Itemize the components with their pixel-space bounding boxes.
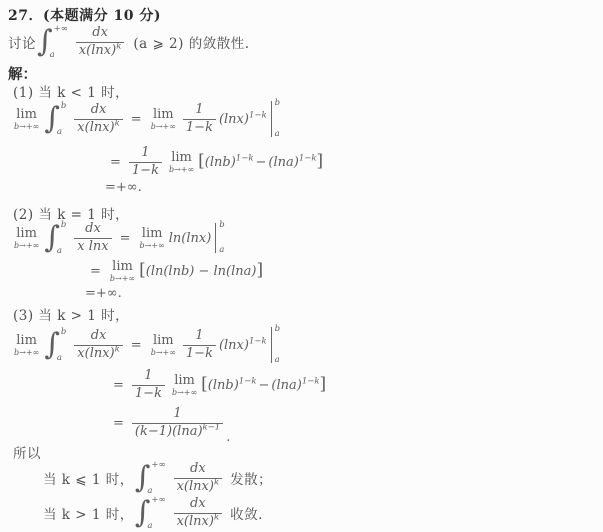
problem-suffix: (a ⩾ 2) 的敛散性. — [133, 32, 249, 52]
fraction-denominator: 1−k — [183, 119, 216, 136]
equals-sign: = — [131, 112, 142, 127]
expression-base: (lnx) — [219, 112, 249, 127]
period: . — [226, 430, 230, 445]
expression-exponent: 1−k — [249, 110, 267, 120]
limit-word: lim — [16, 227, 37, 240]
case3-equation-line2: = 1 1−k lim b→+∞ [ (lnb)1−k − (lna)1−k ] — [108, 364, 326, 406]
limit-word: lim — [153, 334, 174, 347]
integral: ∫ +∞ a — [135, 461, 170, 495]
limit-operator: lim b→+∞ — [169, 151, 194, 174]
evaluation-bar: b a — [215, 223, 229, 253]
denominator-text: x(lnx) — [177, 514, 214, 530]
integrand-fraction: dx x(lnx)k — [174, 496, 223, 530]
case1-equation-line2: = 1 1−k lim b→+∞ [ (lnb)1−k − (lna)1−k ] — [105, 141, 323, 183]
case3-equation-line3: = 1 (k−1)(lna)k−1 . — [108, 401, 230, 445]
integral: ∫ +∞ a — [37, 25, 72, 59]
close-bracket: ] — [256, 262, 263, 279]
fraction-denominator: x(lnx)k — [74, 345, 123, 362]
open-bracket: [ — [139, 262, 146, 279]
case3-equation-line1: lim b→+∞ ∫ b a dx x(lnx)k = lim b→+∞ 1 1… — [10, 324, 285, 366]
problem-statement: 讨论 ∫ +∞ a dx x(lnx)k (a ⩾ 2) 的敛散性. — [8, 21, 250, 63]
denominator-exponent: k — [214, 477, 219, 487]
limit-subscript: b→+∞ — [14, 349, 39, 357]
limit-operator: lim b→+∞ — [172, 374, 197, 397]
case1-equation-line1: lim b→+∞ ∫ b a dx x(lnx)k = lim b→+∞ 1 1… — [10, 98, 285, 140]
evaluation-bar: b a — [271, 327, 285, 363]
limit-word: lim — [171, 151, 192, 164]
integral-lower-limit: a — [147, 522, 165, 531]
case2-equation-line2: = lim b→+∞ [ (ln(lnb) − ln(lna) ] — [85, 258, 263, 284]
denominator-exponent: k — [116, 41, 121, 51]
integral-lower-limit: a — [57, 128, 66, 137]
limit-subscript: b→+∞ — [110, 275, 135, 283]
limit-word: lim — [16, 334, 37, 347]
antiderivative-expression: (lnx)1−k — [219, 112, 267, 127]
close-bracket: ] — [317, 153, 324, 170]
conclusion-condition: 当 k > 1 时， — [43, 503, 134, 523]
fraction-numerator: dx — [187, 461, 209, 477]
equals-sign: = — [120, 231, 131, 246]
bracket-term-2: (lna)1−k — [271, 378, 319, 393]
problem-prefix: 讨论 — [8, 32, 36, 52]
fraction-numerator: dx — [187, 496, 209, 512]
equals-sign: = — [110, 155, 121, 170]
integral-upper-limit: +∞ — [151, 496, 165, 505]
integral-lower-limit: a — [57, 354, 66, 363]
conclusion-line2: 当 k > 1 时， ∫ +∞ a dx x(lnx)k 收敛. — [43, 492, 263, 532]
integral-limits: b a — [58, 102, 66, 136]
fraction-numerator: dx — [82, 221, 104, 237]
conclusion-verdict: 发散； — [230, 468, 272, 488]
fraction-numerator: dx — [88, 328, 110, 344]
case1-equation-line3: =+∞. — [105, 178, 142, 196]
limit-subscript: b→+∞ — [140, 242, 165, 250]
denominator-text: x(lnx) — [77, 120, 114, 136]
integral-limits: +∞ a — [148, 496, 165, 530]
denominator-exponent: k — [115, 118, 120, 128]
equals-sign: = — [113, 416, 124, 431]
term-base: (lna) — [268, 155, 298, 170]
conclusion-verdict: 收敛. — [230, 503, 263, 523]
integral-limits: b a — [58, 328, 66, 362]
coefficient-fraction: 1 1−k — [132, 368, 165, 402]
integral: ∫ b a — [44, 102, 70, 136]
fraction-numerator: 1 — [170, 406, 184, 422]
integral-upper-limit: +∞ — [151, 461, 165, 470]
fraction-denominator: x(lnx)k — [74, 119, 123, 136]
coefficient-fraction: 1 1−k — [183, 328, 216, 362]
conclusion-lead: 所以 — [13, 442, 41, 462]
limit-subscript: b→+∞ — [14, 123, 39, 131]
minus-sign: − — [255, 155, 266, 170]
open-bracket: [ — [198, 153, 205, 170]
integrand-fraction: dx x(lnx)k — [76, 25, 125, 59]
fraction-numerator: 1 — [138, 145, 152, 161]
fraction-denominator: 1−k — [129, 162, 162, 179]
fraction-denominator: (k−1)(lna)k−1 — [132, 423, 223, 440]
integrand-fraction: dx x(lnx)k — [74, 328, 123, 362]
limit-word: lim — [112, 260, 133, 273]
limit-word: lim — [142, 227, 163, 240]
case2-equation-line1: lim b→+∞ ∫ b a dx x lnx = lim b→+∞ ln(ln… — [10, 217, 229, 259]
scanned-solution-page: 27．(本题满分 10 分) 讨论 ∫ +∞ a dx x(lnx)k (a ⩾… — [0, 0, 603, 532]
denominator-exponent: k — [214, 512, 219, 522]
evaluation-upper: b — [219, 220, 224, 230]
integral-limits: b a — [58, 221, 66, 255]
term-exponent: 1−k — [236, 153, 254, 163]
open-bracket: [ — [201, 376, 208, 393]
result-infinity: =+∞. — [105, 180, 142, 195]
fraction-denominator: x(lnx)k — [76, 42, 125, 59]
fraction-numerator: 1 — [192, 102, 206, 118]
limit-operator: lim b→+∞ — [14, 108, 39, 131]
integral-lower-limit: a — [50, 51, 68, 60]
limit-operator: lim b→+∞ — [110, 260, 135, 283]
evaluation-lower: a — [275, 129, 280, 139]
integral-limits: +∞ a — [148, 461, 165, 495]
fraction-denominator: 1−k — [183, 345, 216, 362]
limit-operator: lim b→+∞ — [14, 227, 39, 250]
limit-subscript: b→+∞ — [151, 349, 176, 357]
result-fraction: 1 (k−1)(lna)k−1 — [132, 406, 223, 440]
fraction-numerator: 1 — [192, 328, 206, 344]
term-base: (lna) — [271, 378, 301, 393]
term-exponent: 1−k — [299, 153, 317, 163]
minus-sign: − — [258, 378, 269, 393]
limit-subscript: b→+∞ — [14, 242, 39, 250]
limit-operator: lim b→+∞ — [151, 334, 176, 357]
term-exponent: 1−k — [302, 376, 320, 386]
denominator-text: x(lnx) — [77, 346, 114, 362]
case3-label: (3) 当 k > 1 时， — [13, 304, 129, 324]
fraction-numerator: 1 — [141, 368, 155, 384]
limit-subscript: b→+∞ — [169, 166, 194, 174]
integral-limits: +∞ a — [51, 25, 68, 59]
fraction-numerator: dx — [89, 25, 111, 41]
equals-sign: = — [131, 338, 142, 353]
expression-base: (lnx) — [219, 338, 249, 353]
equals-sign: = — [90, 264, 101, 279]
limit-subscript: b→+∞ — [151, 123, 176, 131]
limit-subscript: b→+∞ — [172, 389, 197, 397]
limit-operator: lim b→+∞ — [140, 227, 165, 250]
evaluation-bar: b a — [271, 101, 285, 137]
limit-word: lim — [16, 108, 37, 121]
integral: ∫ +∞ a — [135, 496, 170, 530]
integral-upper-limit: b — [61, 328, 66, 337]
integral: ∫ b a — [44, 328, 70, 362]
case2-equation-line3: =+∞. — [85, 284, 122, 302]
limit-operator: lim b→+∞ — [14, 334, 39, 357]
bracket-term-1: (lnb)1−k — [208, 378, 257, 393]
evaluation-upper: b — [275, 98, 280, 108]
evaluation-lower: a — [219, 245, 224, 255]
fraction-denominator: 1−k — [132, 385, 165, 402]
antiderivative-expression: (lnx)1−k — [219, 338, 267, 353]
coefficient-fraction: 1 1−k — [129, 145, 162, 179]
integrand-fraction: dx x lnx — [74, 221, 111, 255]
term-exponent: 1−k — [239, 376, 257, 386]
denominator-text: x(lnx) — [79, 43, 116, 59]
result-infinity: =+∞. — [85, 286, 122, 301]
term-base: (lnb) — [205, 155, 236, 170]
conclusion-condition: 当 k ⩽ 1 时， — [43, 468, 134, 488]
coefficient-fraction: 1 1−k — [183, 102, 216, 136]
equals-sign: = — [113, 378, 124, 393]
limit-word: lim — [174, 374, 195, 387]
integrand-fraction: dx x(lnx)k — [74, 102, 123, 136]
fraction-denominator: x(lnx)k — [174, 513, 223, 530]
fraction-denominator: x lnx — [74, 238, 111, 255]
denominator-text: (k−1)(lna) — [135, 424, 203, 440]
bracket-term-2: (lna)1−k — [268, 155, 316, 170]
fraction-numerator: dx — [88, 102, 110, 118]
close-bracket: ] — [320, 376, 327, 393]
integral-upper-limit: b — [61, 221, 66, 230]
bracket-term-1: (lnb)1−k — [205, 155, 254, 170]
denominator-exponent: k — [115, 344, 120, 354]
term-base: (lnb) — [208, 378, 239, 393]
integral-upper-limit: b — [61, 102, 66, 111]
integral-upper-limit: +∞ — [54, 25, 68, 34]
denominator-exponent: k−1 — [203, 422, 221, 432]
limit-operator: lim b→+∞ — [151, 108, 176, 131]
expression-exponent: 1−k — [249, 336, 267, 346]
integral-lower-limit: a — [57, 247, 66, 256]
evaluation-upper: b — [275, 324, 280, 334]
integral: ∫ b a — [44, 221, 70, 255]
integrand-fraction: dx x(lnx)k — [174, 461, 223, 495]
antiderivative-expression: ln(lnx) — [169, 231, 212, 246]
bracket-body: (ln(lnb) − ln(lna) — [146, 264, 257, 279]
limit-word: lim — [153, 108, 174, 121]
